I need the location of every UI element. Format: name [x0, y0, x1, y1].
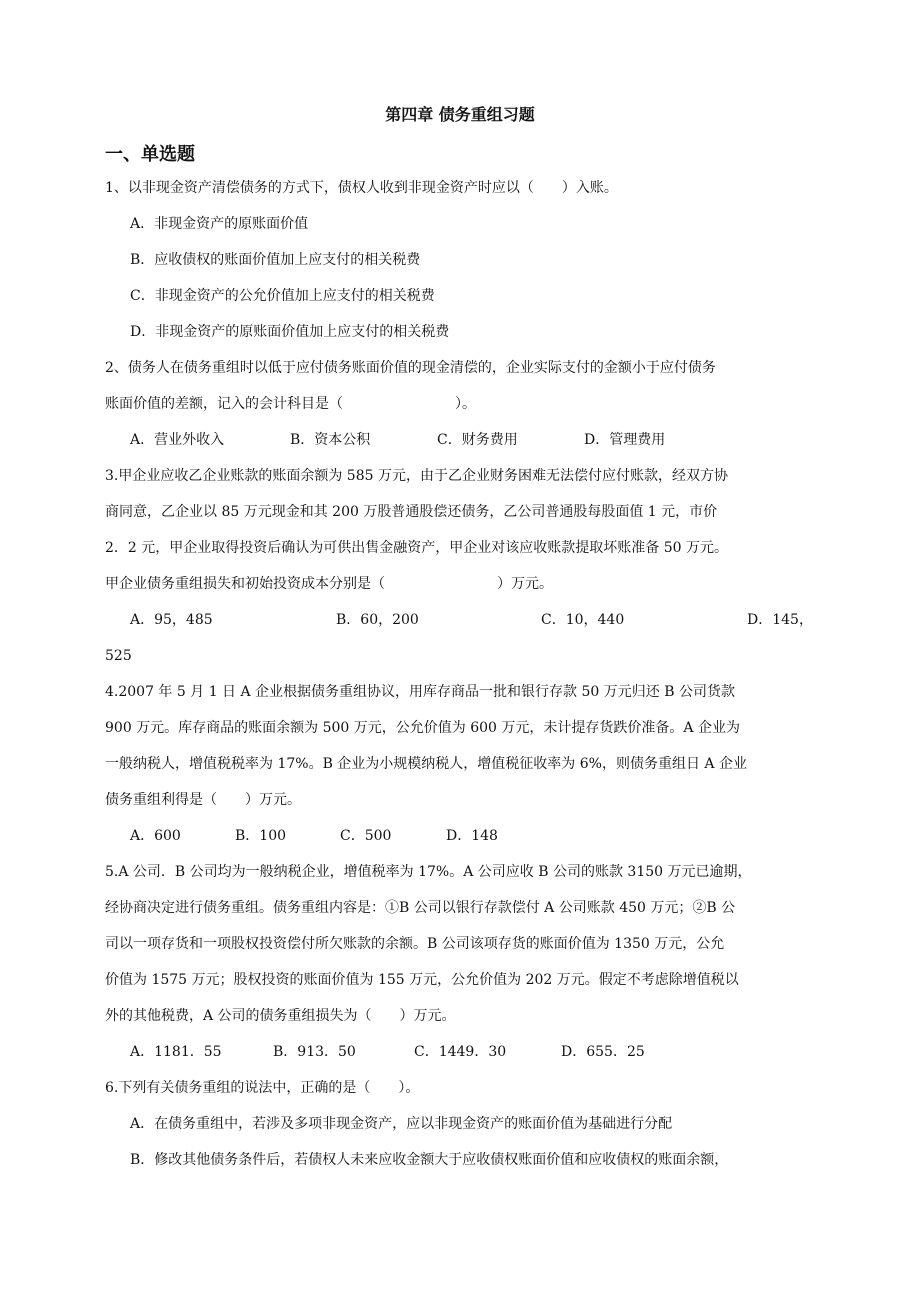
question-3-text-line-3: 2．2 元，甲企业取得投资后确认为可供出售金融资产，甲企业对该应收账款提取坏账准… [105, 538, 728, 558]
question-4-option-c: C．500 [340, 826, 391, 846]
question-5-option-a: A．1181．55 [130, 1042, 222, 1062]
section-heading: 一、单选题 [105, 140, 195, 166]
question-1-option-a: A．非现金资产的原账面价值 [130, 214, 308, 234]
question-5-text-line-3: 司以一项存货和一项股权投资偿付所欠账款的余额。B 公司该项存货的账面价值为 13… [105, 934, 724, 954]
question-3-option-a: A．95，485 [130, 610, 213, 630]
question-3-option-c: C．10，440 [541, 610, 624, 630]
question-6-option-a: A．在债务重组中，若涉及多项非现金资产，应以非现金资产的账面价值为基础进行分配 [130, 1114, 672, 1134]
question-3-option-d: D．145， [747, 610, 813, 630]
question-2-option-d: D．管理费用 [584, 430, 665, 450]
question-1-option-c: C．非现金资产的公允价值加上应支付的相关税费 [130, 286, 435, 306]
question-2-option-c: C．财务费用 [437, 430, 518, 450]
document-page: 第四章 债务重组习题 一、单选题 1、以非现金资产清偿债务的方式下，债权人收到非… [0, 0, 920, 1302]
question-4-text-line-4: 债务重组利得是（ ）万元。 [105, 790, 301, 810]
question-4-option-a: A．600 [130, 826, 181, 846]
question-3-text-line-1: 3.甲企业应收乙企业账款的账面余额为 585 万元，由于乙企业财务困难无法偿付应… [105, 466, 728, 486]
question-1-text: 1、以非现金资产清偿债务的方式下，债权人收到非现金资产时应以（ ）入账。 [105, 178, 618, 198]
question-5-option-d: D．655．25 [561, 1042, 645, 1062]
question-5-text-line-4: 价值为 1575 万元；股权投资的账面价值为 155 万元，公允价值为 202 … [105, 970, 739, 990]
question-1-option-d: D．非现金资产的原账面价值加上应支付的相关税费 [130, 322, 449, 342]
question-5-text-line-5: 外的其他税费，A 公司的债务重组损失为（ ）万元。 [105, 1006, 456, 1026]
question-6-text: 6.下列有关债务重组的说法中，正确的是（ ）。 [105, 1078, 419, 1098]
question-4-option-d: D．148 [446, 826, 498, 846]
question-6-option-b: B．修改其他债务条件后，若债权人未来应收金额大于应收债权账面价值和应收债权的账面… [130, 1150, 728, 1170]
question-5-option-b: B．913．50 [273, 1042, 356, 1062]
question-5-text-line-2: 经协商决定进行债务重组。债务重组内容是：①B 公司以银行存款偿付 A 公司账款 … [105, 898, 735, 918]
question-3-option-d-wrap: 525 [105, 646, 132, 666]
question-5-text-line-1: 5.A 公司．B 公司均为一般纳税企业，增值税率为 17%。A 公司应收 B 公… [105, 862, 752, 882]
question-2-text-line-2: 账面价值的差额，记入的会计科目是（ ）。 [105, 394, 476, 414]
question-2-text-line-1: 2、债务人在债务重组时以低于应付债务账面价值的现金清偿的，企业实际支付的金额小于… [105, 358, 716, 378]
question-3-text-line-2: 商同意，乙企业以 85 万元现金和其 200 万股普通股偿还债务，乙公司普通股每… [105, 502, 717, 522]
question-4-text-line-1: 4.2007 年 5 月 1 日 A 企业根据债务重组协议，用库存商品一批和银行… [105, 682, 735, 702]
question-1-option-b: B．应收债权的账面价值加上应支付的相关税费 [130, 250, 420, 270]
question-4-text-line-3: 一般纳税人，增值税税率为 17%。B 企业为小规模纳税人，增值税征收率为 6%，… [105, 754, 747, 774]
question-4-option-b: B．100 [235, 826, 286, 846]
question-2-option-b: B．资本公积 [290, 430, 370, 450]
question-4-text-line-2: 900 万元。库存商品的账面余额为 500 万元，公允价值为 600 万元，未计… [105, 718, 740, 738]
question-3-option-b: B．60，200 [336, 610, 419, 630]
question-5-option-c: C．1449．30 [414, 1042, 506, 1062]
question-3-text-line-4: 甲企业债务重组损失和初始投资成本分别是（ ）万元。 [105, 574, 553, 594]
question-2-option-a: A．营业外收入 [130, 430, 224, 450]
page-title: 第四章 债务重组习题 [0, 102, 920, 125]
